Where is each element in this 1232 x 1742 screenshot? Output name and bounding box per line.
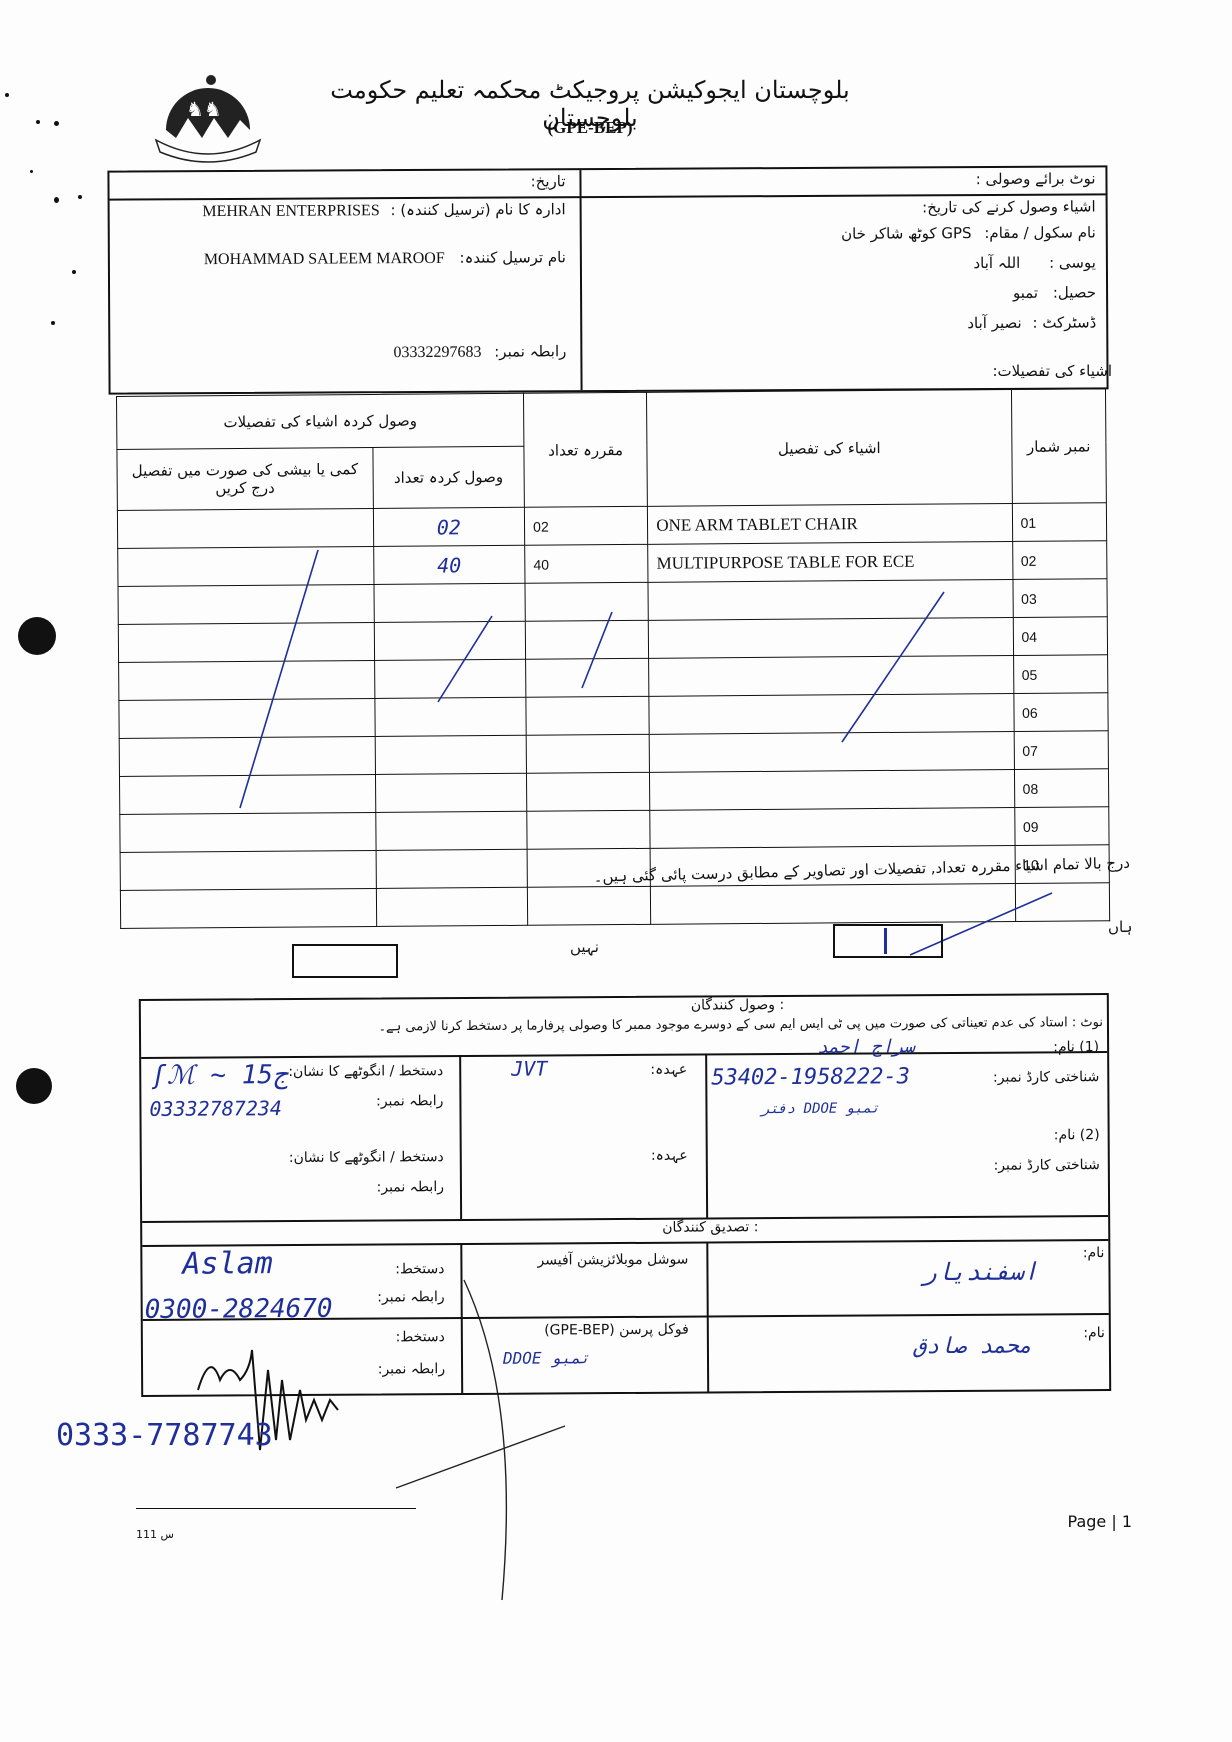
divider [705,1053,708,1217]
verifier1-role: سوشل موبلائزیشن آفیسر [537,1252,688,1269]
verifier2-name-value: محمد صادق [913,1334,1032,1360]
no-checkbox[interactable] [292,944,398,978]
verifier1-name-label: نام: [1083,1245,1105,1261]
footer-rule [136,1508,416,1509]
verifier2-role: فوکل پرسن (GPE-BEP) [544,1322,689,1339]
divider [142,1239,1108,1247]
verifier2-contact-label: رابطہ نمبر: [378,1361,445,1377]
contact1-label: رابطہ نمبر: [376,1093,443,1109]
verifier1-contact-label: رابطہ نمبر: [377,1289,444,1305]
signature1-mark: ʃℳ ~ 15ج [151,1060,289,1091]
verifier1-contact-value: 0300-2824670 [145,1294,333,1325]
verifier2-sign-label: دستخط: [396,1329,445,1345]
cnic1-label: شناختی کارڈ نمبر: [993,1069,1099,1086]
name2-label: (2) نام: [1054,1127,1100,1143]
footer-code: س 111 [136,1528,174,1541]
cnic2-label: شناختی کارڈ نمبر: [994,1157,1100,1174]
check-mark-icon [884,928,887,954]
receivers-note: نوٹ : استاد کی عدم تعیناتی کی صورت میں پ… [378,1015,1103,1034]
designation1-value: JVT [511,1056,547,1080]
verifier2-office: DDOE تمبو [503,1348,590,1368]
verifier2-name-label: نام: [1083,1325,1105,1341]
divider [141,1051,1107,1059]
signature2-label: دستخط / انگوٹھے کا نشان: [289,1149,444,1166]
name1-value: سراج احمد [817,1036,915,1058]
divider [142,1215,1108,1223]
name1-label: (1) نام: [1053,1039,1099,1055]
verifier1-name-value: اسفندیار [922,1257,1038,1286]
signature1-label: دستخط / انگوٹھے کا نشان: [288,1063,443,1080]
designation1-label: عہدہ: [650,1062,687,1078]
contact1-value: 03332787234 [149,1096,282,1121]
verifier1-sign-label: دستخط: [395,1261,444,1277]
divider [459,1055,462,1219]
yes-checkbox[interactable] [833,924,943,958]
no-label: نہیں [570,938,599,956]
handwritten-phone: 0333-7787743 [56,1418,273,1453]
verifiers-heading: تصدیق کنندگان : [662,1219,758,1236]
page-number: Page | 1 [1068,1512,1132,1531]
cnic1-value: 53402-1958222-3 [711,1064,910,1090]
office-note: دفتر DDOE تمبو [761,1100,879,1117]
receivers-heading: وصول کنندگان : [691,997,784,1014]
yes-label: ہاں [1108,918,1132,936]
designation2-label: عہدہ: [651,1148,688,1164]
verifier1-signature: Aslam [182,1246,273,1282]
contact2-label: رابطہ نمبر: [377,1179,444,1195]
